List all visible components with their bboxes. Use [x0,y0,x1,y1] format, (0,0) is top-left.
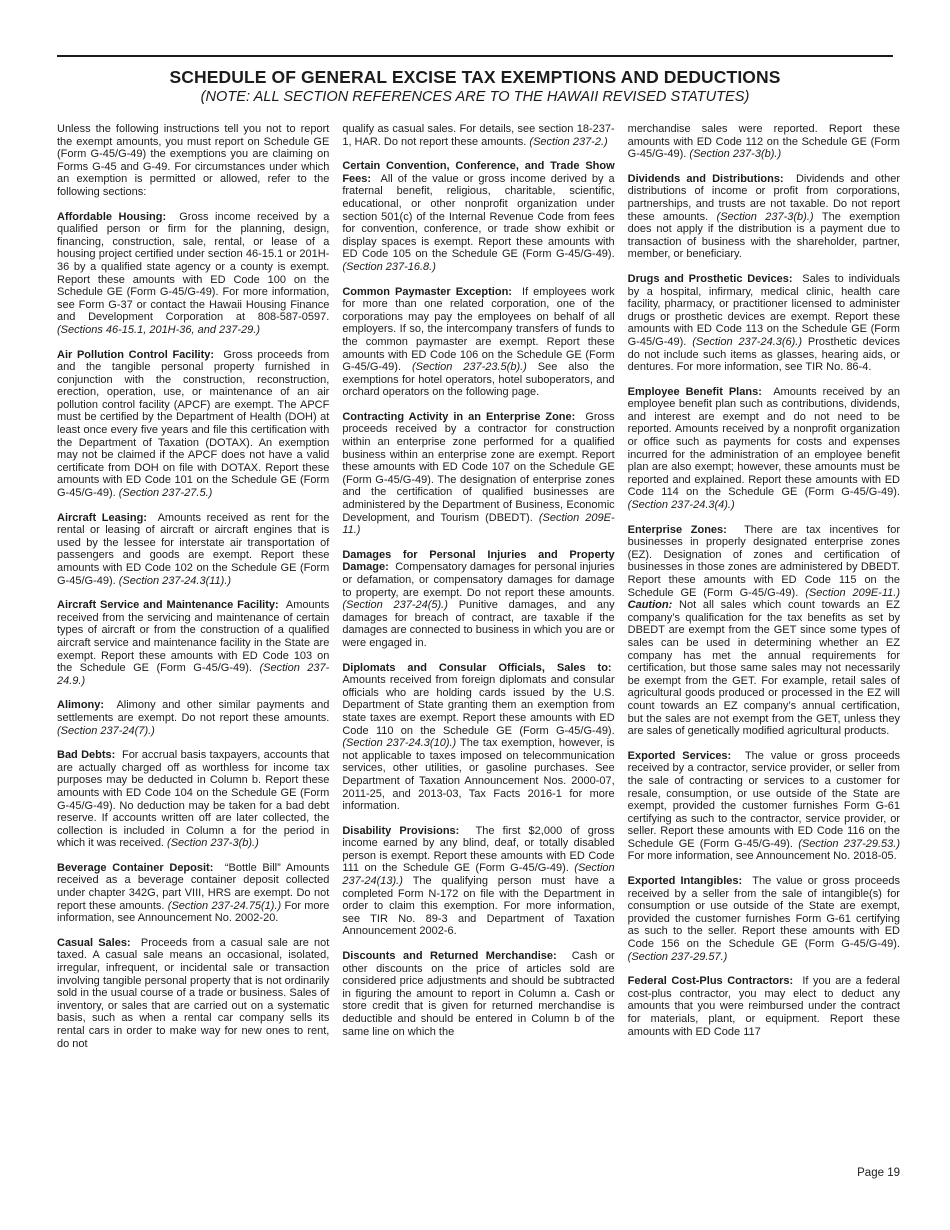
document-page: SCHEDULE OF GENERAL EXCISE TAX EXEMPTION… [0,0,950,1230]
paragraph: Air Pollution Control Facility: Gross pr… [57,349,329,500]
paragraph-text: For more information, see Announcement N… [628,850,897,862]
paragraph: Beverage Container Deposit: “Bottle Bill… [57,862,329,925]
paragraph-heading: Beverage Container Deposit: [57,862,213,874]
paragraph: Federal Cost-Plus Contractors: If you ar… [628,975,900,1038]
paragraph: Aircraft Service and Maintenance Facilit… [57,599,329,687]
paragraph-text: (Section 237-3(b).) [717,211,822,223]
paragraph-heading: Bad Debts: [57,749,115,761]
paragraph: Unless the following instructions tell y… [57,123,329,199]
paragraph-text: Gross income received by a qualified per… [57,211,329,324]
column-2: qualify as casual sales. For details, se… [342,123,614,1062]
paragraph-heading: Casual Sales: [57,937,131,949]
paragraph-text: (Section 237-24.3(11).) [119,575,231,587]
paragraph-text: Unless the following instructions tell y… [57,123,329,198]
paragraph-text: (Section 237-2.) [529,136,607,148]
paragraph-heading: Disability Provisions: [342,825,459,837]
paragraph-heading: Exported Intangibles: [628,875,743,887]
paragraph: Alimony: Alimony and other similar payme… [57,699,329,737]
paragraph-text: (Section 237-29.57.) [628,951,728,963]
paragraph-text: (Section 237-24(5).) [342,599,458,611]
header-rule [57,55,893,57]
paragraph-text: (Section 237-24.75(1).) [168,900,285,912]
paragraph-text: (Section 237-3(b).) [689,148,781,160]
paragraph-text: If employees work for more than one rela… [342,286,614,374]
paragraph: Enterprise Zones: There are tax incentiv… [628,524,900,738]
paragraph: merchandise sales were reported. Report … [628,123,900,161]
paragraph-text: The value or gross proceeds received by … [628,750,900,850]
paragraph-text: Amounts received by an employee benefit … [628,386,900,499]
columns: Unless the following instructions tell y… [57,123,900,1062]
paragraph-heading: Employee Benefit Plans: [628,386,762,398]
page-number: Page 19 [857,1167,900,1179]
paragraph-heading: Dividends and Distributions: [628,173,784,185]
paragraph-text: (Section 209E-11.) [805,587,900,599]
paragraph-text: All of the value or gross income derived… [342,173,614,261]
paragraph-text: Caution: [628,599,679,611]
column-1: Unless the following instructions tell y… [57,123,329,1062]
paragraph-heading: Contracting Activity in an Enterprise Zo… [342,411,575,423]
paragraph: Casual Sales: Proceeds from a casual sal… [57,937,329,1050]
paragraph-heading: Alimony: [57,699,104,711]
paragraph: Bad Debts: For accrual basis taxpayers, … [57,749,329,850]
paragraph-text: (Section 237-24.3(6).) [692,336,808,348]
paragraph-text: Not all sales which count towards an EZ … [628,599,900,737]
paragraph: Dividends and Distributions: Dividends a… [628,173,900,261]
paragraph-text: Proceeds from a casual sale are not taxe… [57,937,329,1050]
paragraph: Exported Services: The value or gross pr… [628,750,900,863]
paragraph-heading: Drugs and Prosthetic Devices: [628,273,793,285]
paragraph: Common Paymaster Exception: If employees… [342,286,614,399]
paragraph: Contracting Activity in an Enterprise Zo… [342,411,614,537]
paragraph-heading: Affordable Housing: [57,211,166,223]
paragraph: Certain Convention, Conference, and Trad… [342,160,614,273]
paragraph-heading: Exported Services: [628,750,732,762]
paragraph: Damages for Personal Injuries and Proper… [342,549,614,650]
paragraph-text: Cash or other discounts on the price of … [342,950,614,1038]
paragraph-text: (Sections 46-15.1, 201H-36, and 237-29.) [57,324,260,336]
paragraph-text: (Section 237-3(b).) [167,837,259,849]
paragraph-text: (Section 237-24.3(4).) [628,499,735,511]
page-title: SCHEDULE OF GENERAL EXCISE TAX EXEMPTION… [0,67,950,88]
paragraph: qualify as casual sales. For details, se… [342,123,614,148]
paragraph-heading: Air Pollution Control Facility: [57,349,214,361]
paragraph: Employee Benefit Plans: Amounts received… [628,386,900,512]
paragraph-text: Gross proceeds from and the tangible per… [57,349,329,500]
column-3: merchandise sales were reported. Report … [628,123,900,1062]
paragraph-text: Gross proceeds received by a contractor … [342,411,614,524]
paragraph-heading: Aircraft Service and Maintenance Facilit… [57,599,279,611]
paragraph: Exported Intangibles: The value or gross… [628,875,900,963]
paragraph: Diplomats and Consular Officials, Sales … [342,662,614,813]
page-subtitle: (NOTE: ALL SECTION REFERENCES ARE TO THE… [0,89,950,105]
paragraph-text: (Section 237-16.8.) [342,261,436,273]
paragraph-text: (Section 237-24.3(10).) [342,737,460,749]
paragraph: Disability Provisions: The first $2,000 … [342,825,614,938]
paragraph-text: (Section 237-24(7).) [57,725,155,737]
paragraph: Drugs and Prosthetic Devices: Sales to i… [628,273,900,374]
paragraph-text: (Section 237-29.53.) [798,838,900,850]
paragraph-heading: Diplomats and Consular Officials, Sales … [342,662,611,674]
paragraph-text: (Section 237-23.5(b).) [412,361,538,373]
paragraph-heading: Enterprise Zones: [628,524,727,536]
paragraph: Affordable Housing: Gross income receive… [57,211,329,337]
paragraph-heading: Common Paymaster Exception: [342,286,512,298]
paragraph: Discounts and Returned Merchandise: Cash… [342,950,614,1038]
paragraph: Aircraft Leasing: Amounts received as re… [57,512,329,588]
paragraph-heading: Aircraft Leasing: [57,512,147,524]
paragraph-heading: Discounts and Returned Merchandise: [342,950,556,962]
paragraph-text: For accrual basis taxpayers, accounts th… [57,749,329,849]
paragraph-heading: Federal Cost-Plus Contractors: [628,975,794,987]
paragraph-text: (Section 237-27.5.) [119,487,213,499]
paragraph-text: Amounts received from foreign diplomats … [342,674,614,736]
